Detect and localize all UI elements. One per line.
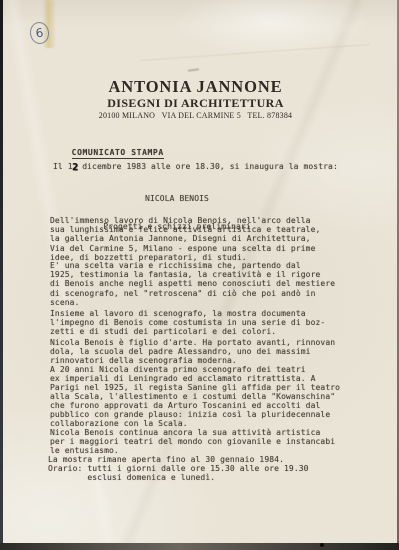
paper-crease [140,44,370,61]
date-suffix: dicembre 1983 alle ore 18.30, si inaugur… [77,162,338,171]
gallery-address: 20100 MILANO VIA DEL CARMINE 5 TEL. 8783… [48,111,343,121]
gallery-subtitle: DISEGNI DI ARCHITETTURA [48,97,343,110]
scanned-document: 6 ANTONIA JANNONE DISEGNI DI ARCHITETTUR… [0,0,399,550]
scan-edge-left [0,0,3,550]
date-line: Il 12 dicembre 1983 alle ore 18.30, si i… [53,162,338,171]
date-prefix: Il 1 [53,162,73,171]
paragraph-1: Dell'immenso lavoro di Nicola Benois, ne… [50,216,320,262]
closing-info: La mostra rimane aperta fino al 30 genna… [48,455,309,483]
paragraph-3: Insieme al lavoro di scenografo, la most… [50,309,325,337]
scan-edge-bottom [0,543,399,550]
paragraph-2: E' una scelta varia e ricchissima che, p… [50,261,335,307]
paragraph-4: Nicola Benois è figlio d'arte. Ha portat… [50,338,340,455]
circled-number: 6 [35,27,44,40]
letterhead: ANTONIA JANNONE DISEGNI DI ARCHITETTURA … [48,77,343,121]
gallery-name: ANTONIA JANNONE [48,77,343,97]
scan-speck [320,543,324,547]
overwritten-digit: 2 [72,163,78,172]
exhibition-artist: NICOLA BENOIS [47,194,307,203]
ink-smudge [188,68,199,72]
